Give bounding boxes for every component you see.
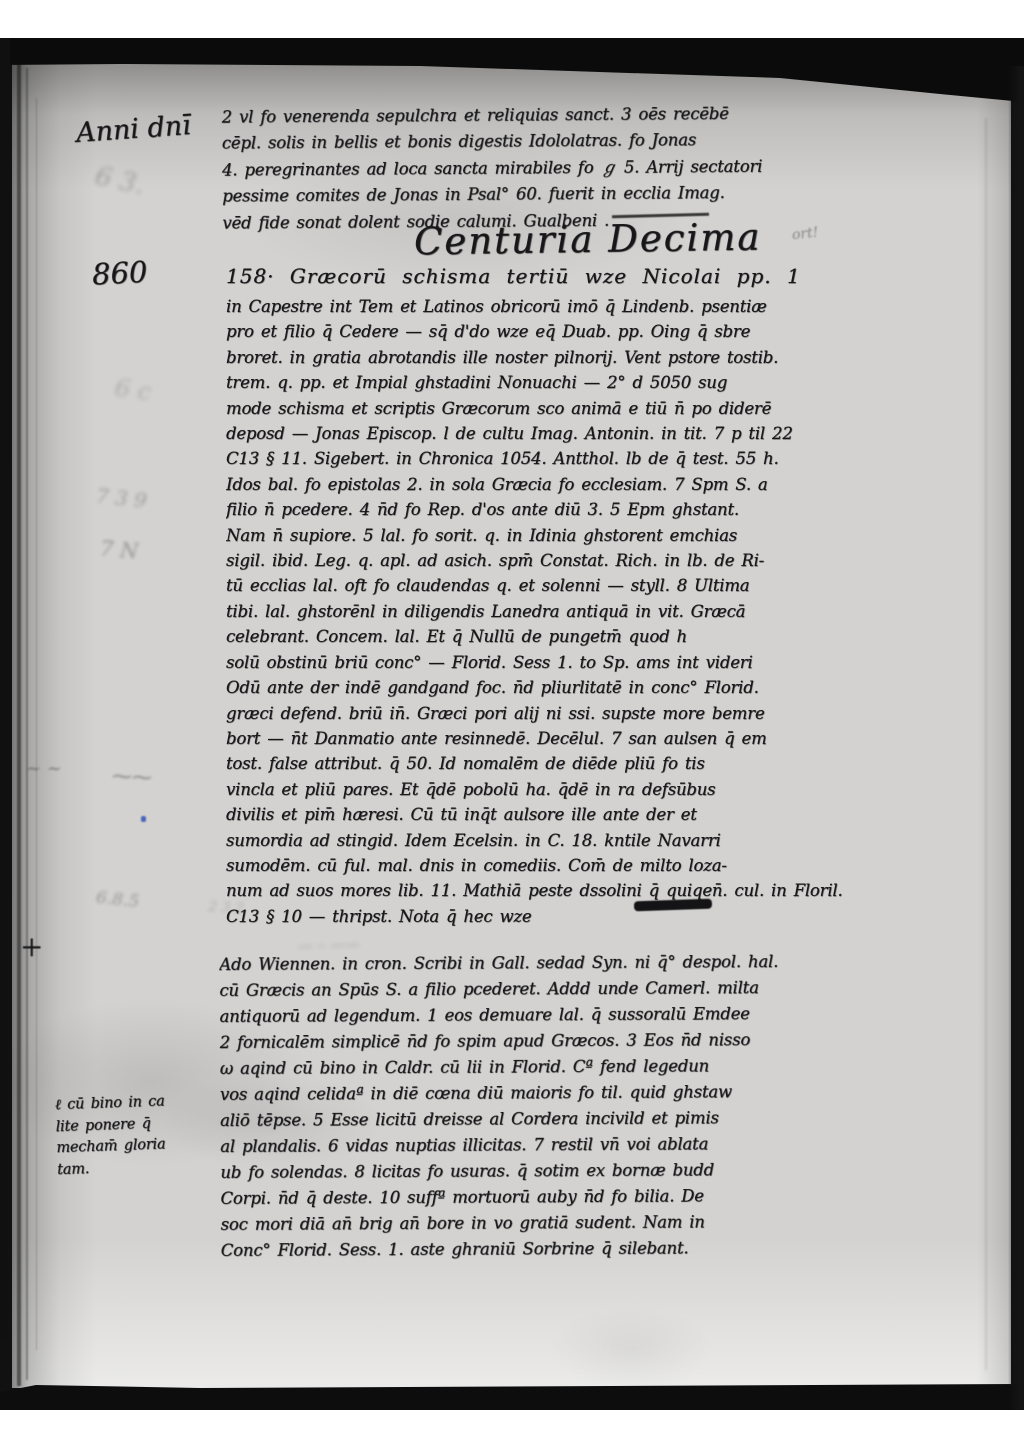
ghost-mark: ~ ~ xyxy=(26,758,62,779)
manuscript-text-line: ub fo solendas. 8 licitas fo usuras. q̄ … xyxy=(220,1156,968,1186)
manuscript-text-line: antiquorū ad legendum. 1 eos demuare lal… xyxy=(219,1000,967,1030)
manuscript-text-line: Idos bal. fo epistolas 2. in sola Græcia… xyxy=(226,472,966,497)
manuscript-text-line: num ad suos mores lib. 11. Mathiā peste … xyxy=(226,878,966,903)
page-gutter-line xyxy=(17,58,21,1386)
page-gutter-line xyxy=(36,98,37,1350)
manuscript-text-line: tibi. lal. ghstorēnl in diligendis Laned… xyxy=(226,599,966,624)
manuscript-text-line: trem. q. pp. et Impial ghstadini Nonuach… xyxy=(226,370,966,395)
manuscript-text-line: C13 § 10 — thripst. Nota q̄ hec wze xyxy=(226,904,966,929)
manuscript-text-line: sigil. ibid. Leg. q. apl. ad asich. spm̄… xyxy=(226,548,966,573)
ghost-mark: ⁓⁓ xyxy=(111,763,152,789)
page-gutter-line xyxy=(26,68,28,1380)
manuscript-text-line: divilis et pim̄ hæresi. Cū tū inq̄t auls… xyxy=(226,802,966,827)
manuscript-text-line: celebrant. Concem. lal. Et q̄ Nullū de p… xyxy=(226,624,966,649)
manuscript-text-line: vos aqind celidaª in diē cœna diū maiori… xyxy=(220,1078,968,1108)
manuscript-text-line: al plandalis. 6 vidas nuptias illicitas.… xyxy=(220,1130,968,1160)
ghost-mark: 7 3 9 xyxy=(95,483,148,512)
manuscript-text-line: mode schisma et scriptis Græcorum sco an… xyxy=(226,396,966,421)
paragraph-top: 2 vl fo venerenda sepulchra et reliquias… xyxy=(222,99,965,236)
paragraph-158-body: in Capestre int Tem et Latinos obricorū … xyxy=(226,294,966,929)
manuscript-text-line: Nam n̄ supiore. 5 lal. fo sorit. q. in I… xyxy=(226,523,966,548)
paragraph-158-first-line: 158· Græcorū schisma tertiū wze Nicolai … xyxy=(226,264,801,288)
manuscript-text-line: Corpi. n̄d q̄ deste. 10 suffª mortuorū a… xyxy=(220,1182,968,1212)
manuscript-text-line: solū obstinū briū conc° — Florid. Sess 1… xyxy=(226,650,966,675)
manuscript-text-line: deposd — Jonas Episcop. l de cultu Imag.… xyxy=(226,421,966,446)
manuscript-text-line: sumodēm. cū ful. mal. dnis in comediis. … xyxy=(226,853,966,878)
manuscript-text-line: sumordia ad stingid. Idem Ecelsin. in C.… xyxy=(226,828,966,853)
photo-border-left xyxy=(0,38,10,1338)
manuscript-text-line: 2 fornicalēm simplicē n̄d fo spim apud G… xyxy=(220,1026,968,1056)
manuscript-text-line: tū ecclias lal. oft fo claudendas q. et … xyxy=(226,573,966,598)
margin-side-note: ℓ cū bino in calite ponere q̄mecham̄ glo… xyxy=(55,1089,244,1181)
photo-border-right xyxy=(1008,66,1024,1410)
manuscript-text-line: broret. in gratia abrotandis ille noster… xyxy=(226,345,966,370)
manuscript-text-line: C13 § 11. Sigebert. in Chronica 1054. An… xyxy=(226,446,966,471)
manuscript-text-line: Conc° Florid. Sess. 1. aste ghraniū Sorb… xyxy=(221,1234,969,1264)
page-fold-line xyxy=(985,118,987,1370)
manuscript-photo: Anni dnī 860 + ℓ cū bino in calite poner… xyxy=(0,38,1024,1410)
margin-plus-mark: + xyxy=(20,930,43,963)
manuscript-text-line: cū Græcis an Spūs S. a filio pcederet. A… xyxy=(219,974,967,1004)
ghost-mark: 6 c xyxy=(113,374,153,407)
manuscript-text-line: Odū ante der indē gandgand foc. n̄d pliu… xyxy=(226,675,966,700)
manuscript-text-line: aliō tēpse. 5 Esse licitū dreisse al Cor… xyxy=(220,1104,968,1134)
manuscript-text-line: bort — n̄t Danmatio ante resinnedē. Decē… xyxy=(226,726,966,751)
manuscript-text-line: filio n̄ pcedere. 4 n̄d fo Rep. d'os ant… xyxy=(226,497,966,522)
manuscript-text-line: pro et filio q̄ Cedere — sq̄ d'do wze eq… xyxy=(226,319,966,344)
manuscript-text-line: græci defend. briū in̄. Græci pori alij … xyxy=(226,701,966,726)
margin-year-860: 860 xyxy=(91,255,148,292)
blue-speck xyxy=(141,816,146,822)
manuscript-text-line: tost. false attribut. q̄ 50. Id nomalēm … xyxy=(226,751,966,776)
ghost-mark: 7 N xyxy=(99,536,139,563)
manuscript-text-line: vincla et pliū pares. Et q̄dē pobolū ha.… xyxy=(226,777,966,802)
paragraph-ado-viennensis: Ado Wiennen. in cron. Scribi in Gall. se… xyxy=(219,948,969,1264)
manuscript-text-line: in Capestre int Tem et Latinos obricorū … xyxy=(226,294,966,319)
manuscript-text-line: soc mori diā an̄ brig an̄ bore in vo gra… xyxy=(221,1208,969,1238)
manuscript-text-line: ω aqind cū bino in Caldr. cū lii in Flor… xyxy=(220,1052,968,1082)
manuscript-text-line: Ado Wiennen. in cron. Scribi in Gall. se… xyxy=(219,948,967,978)
manuscript-text-line: vēd fide sonat dolent sodie calumi. Gual… xyxy=(222,205,964,237)
